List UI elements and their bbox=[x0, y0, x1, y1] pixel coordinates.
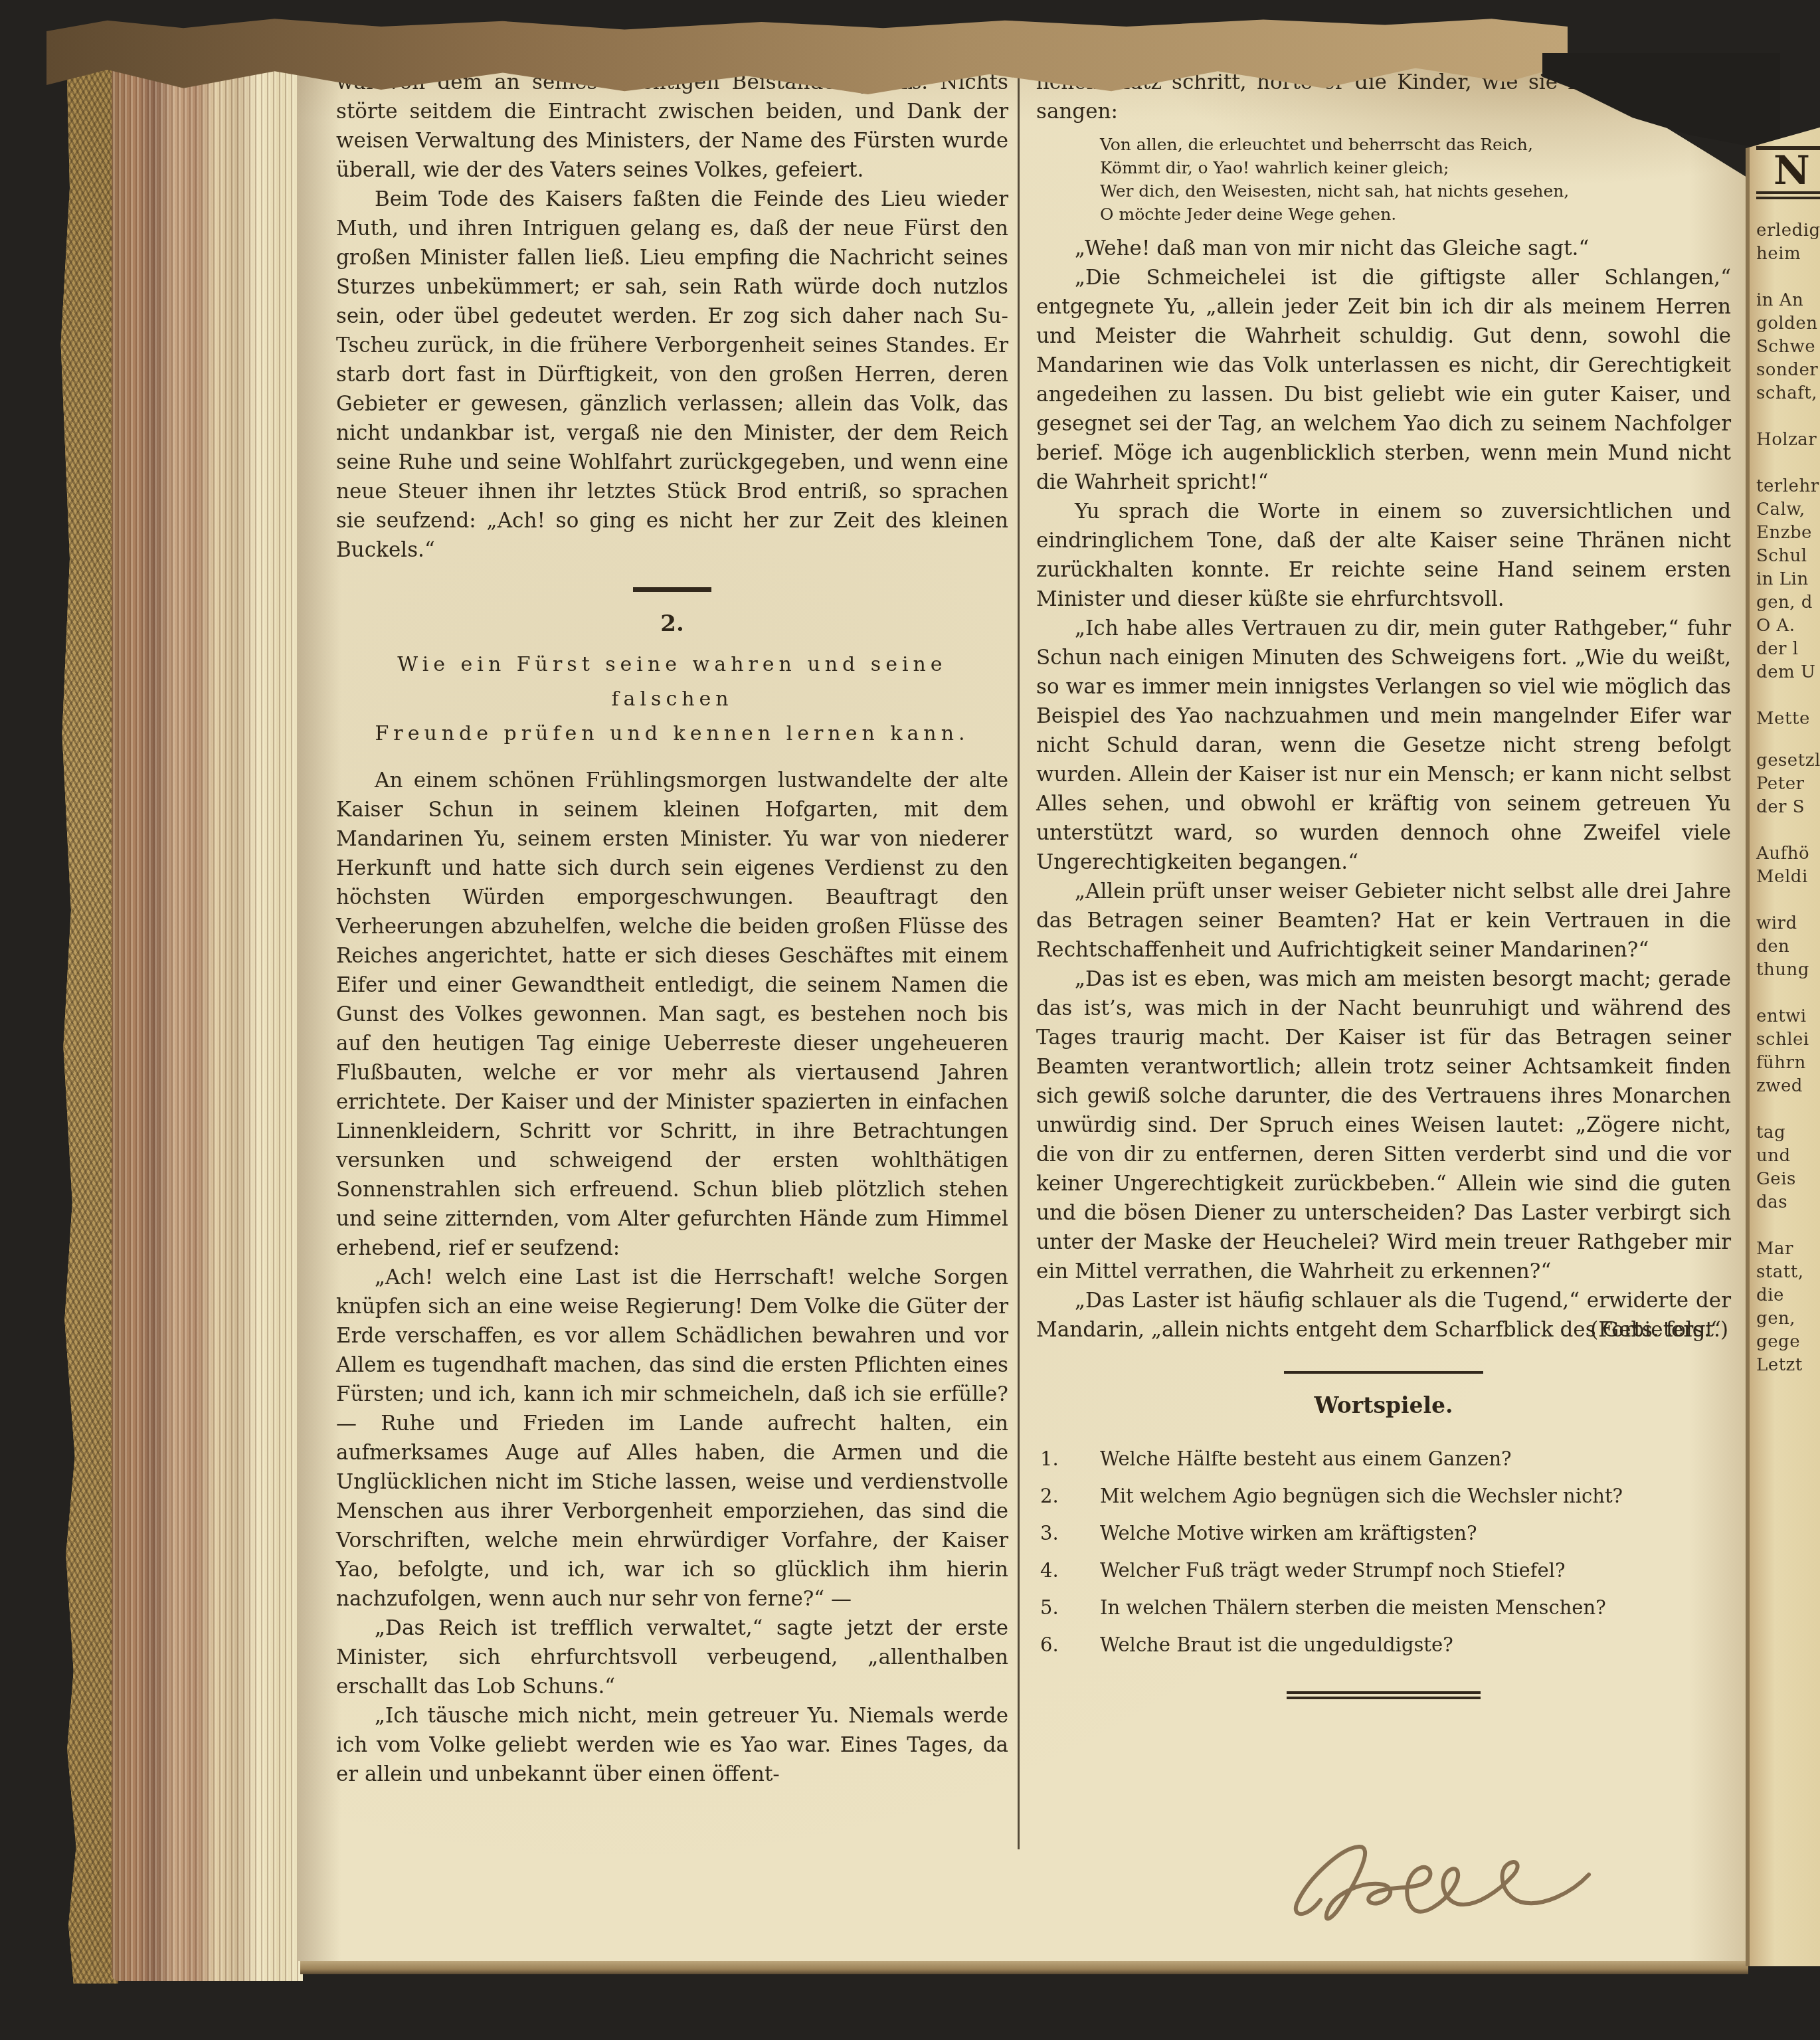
list-item-text: Welche Motive wirken am kräftigsten? bbox=[1100, 1515, 1477, 1552]
poem-line: Von allen, die erleuchtet und beherrscht… bbox=[1100, 133, 1731, 156]
list-item: 2. Mit welchem Agio begnügen sich die We… bbox=[1036, 1477, 1731, 1515]
masthead-letter: N bbox=[1756, 150, 1820, 191]
poem-line: Kömmt dir, o Yao! wahrlich keiner gleich… bbox=[1100, 156, 1731, 179]
page-stack-edges bbox=[112, 36, 303, 1981]
paragraph: An einem schönen Frühlingsmorgen lustwan… bbox=[336, 766, 1008, 1263]
wortspiele-list: 1. Welche Hälfte besteht aus einem Ganze… bbox=[1036, 1440, 1731, 1663]
continuation-note: (Forts. folgt.) bbox=[1590, 1315, 1728, 1345]
paragraph: „Ich täusche mich nicht, mein getreuer Y… bbox=[336, 1701, 1008, 1789]
list-item-text: Welcher Fuß trägt weder Strumpf noch Sti… bbox=[1100, 1552, 1566, 1589]
section-divider-rule bbox=[633, 587, 711, 592]
poem-line: O möchte Jeder deine Wege gehen. bbox=[1100, 203, 1731, 226]
list-item-number: 1. bbox=[1036, 1440, 1100, 1477]
paragraph: Yu sprach die Worte in einem so zuversic… bbox=[1036, 497, 1731, 614]
paragraph: „Die Schmeichelei ist die giftigste alle… bbox=[1036, 263, 1731, 497]
handwritten-signature bbox=[1274, 1833, 1606, 1946]
book-page: war von dem an seines mächtigen Beistand… bbox=[298, 45, 1747, 1961]
list-item: 5. In welchen Thälern sterben die meiste… bbox=[1036, 1589, 1731, 1626]
paragraph: „Wehe! daß man von mir nicht das Gleiche… bbox=[1036, 234, 1731, 263]
paragraph: „Ach! welch eine Last ist die Herrschaft… bbox=[336, 1263, 1008, 1614]
paragraph: „Das ist es eben, was mich am meisten be… bbox=[1036, 965, 1731, 1286]
list-item: 6. Welche Braut ist die ungeduldigste? bbox=[1036, 1626, 1731, 1663]
poem-line: Wer dich, den Weisesten, nicht sah, hat … bbox=[1100, 179, 1731, 203]
book-spine-edge bbox=[54, 32, 118, 1984]
list-item-number: 2. bbox=[1036, 1477, 1100, 1515]
wortspiele-heading: Wortspiele. bbox=[1036, 1391, 1731, 1420]
section-number: 2. bbox=[336, 609, 1008, 638]
list-item: 4. Welcher Fuß trägt weder Strumpf noch … bbox=[1036, 1552, 1731, 1589]
end-rule bbox=[1287, 1691, 1481, 1694]
text-column-left: war von dem an seines mächtigen Beistand… bbox=[336, 68, 1008, 1789]
list-item-text: Welche Braut ist die ungeduldigste? bbox=[1100, 1626, 1453, 1663]
next-page-text-fragments: erledig heim in An golden Schwe sonder s… bbox=[1750, 201, 1820, 731]
list-item-text: Welche Hälfte besteht aus einem Ganzen? bbox=[1100, 1440, 1512, 1477]
section-heading-line: Freunde prüfen und kennen lernen kann. bbox=[336, 717, 1008, 751]
text-column-right: lichen Platz schritt, hörte er die Kinde… bbox=[1036, 68, 1731, 1694]
list-item-text: In welchen Thälern sterben die meisten M… bbox=[1100, 1589, 1606, 1626]
paragraph: „Allein prüft unser weiser Gebieter nich… bbox=[1036, 877, 1731, 965]
section-heading-line: Wie ein Fürst seine wahren und seine fal… bbox=[336, 648, 1008, 717]
paragraph: „Das Reich ist trefflich verwaltet,“ sag… bbox=[336, 1614, 1008, 1701]
list-item-number: 3. bbox=[1036, 1515, 1100, 1552]
section-divider-rule bbox=[1284, 1371, 1483, 1374]
list-item: 3. Welche Motive wirken am kräftigsten? bbox=[1036, 1515, 1731, 1552]
column-divider-rule bbox=[1018, 64, 1020, 1849]
list-item-text: Mit welchem Agio begnügen sich die Wechs… bbox=[1100, 1477, 1623, 1515]
paragraph: „Ich habe alles Vertrauen zu dir, mein g… bbox=[1036, 614, 1731, 877]
next-page-sliver: N erledig heim in An golden Schwe sonder… bbox=[1746, 126, 1820, 1966]
list-item-number: 5. bbox=[1036, 1589, 1100, 1626]
paragraph: „Das Laster ist häufig schlauer als die … bbox=[1036, 1286, 1731, 1345]
poem: Von allen, die erleuchtet und beherrscht… bbox=[1100, 133, 1731, 226]
book-scan: war von dem an seines mächtigen Beistand… bbox=[0, 0, 1820, 2040]
list-item: 1. Welche Hälfte besteht aus einem Ganze… bbox=[1036, 1440, 1731, 1477]
list-item-number: 4. bbox=[1036, 1552, 1100, 1589]
list-item-number: 6. bbox=[1036, 1626, 1100, 1663]
paragraph: Beim Tode des Kaisers faßten die Feinde … bbox=[336, 185, 1008, 565]
next-page-text-fragments: gesetzl Peter der S Aufhö Meldi wird den… bbox=[1750, 731, 1820, 1377]
